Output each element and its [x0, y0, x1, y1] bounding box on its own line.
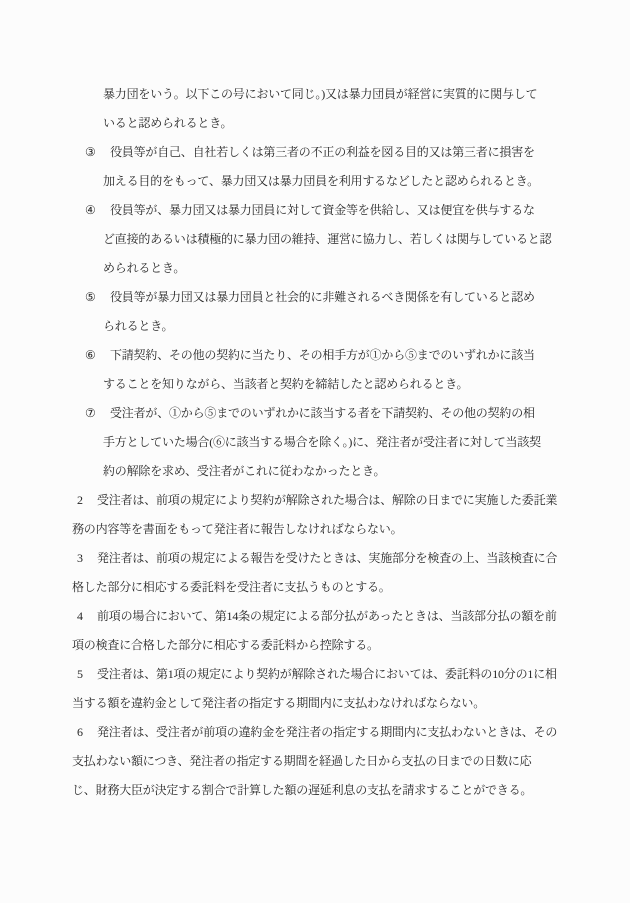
- line-text: られるとき。: [103, 319, 173, 333]
- line-text: 役員等が暴力団又は暴力団員と社会的に非難されるべき関係を有していると認め: [110, 290, 535, 304]
- text-line: ど直接的あるいは積極的に暴力団の維持、運営に協力し、若しくは関与していると認: [0, 225, 630, 254]
- line-text: 役員等が、暴力団又は暴力団員に対して資金等を供給し、又は便宜を供与するな: [110, 203, 535, 217]
- line-text: 約の解除を求め、受注者がこれに従わなかったとき。: [103, 464, 385, 478]
- line-text: 当する額を違約金として発注者の指定する期間内に支払わなければならない。: [72, 696, 485, 710]
- line-text: いると認められるとき。: [103, 116, 232, 130]
- line-text: 加える目的をもって、暴力団又は暴力団員を利用するなどしたと認められるとき。: [103, 174, 539, 188]
- text-line: 加える目的をもって、暴力団又は暴力団員を利用するなどしたと認められるとき。: [0, 167, 630, 196]
- text-line: ⑦受注者が、①から⑤までのいずれかに該当する者を下請契約、その他の契約の相: [0, 399, 630, 428]
- circled-item-number: ⑦: [85, 399, 110, 428]
- line-text: 下請契約、その他の契約に当たり、その相手方が①から⑤までのいずれかに該当: [110, 348, 535, 362]
- document-text-block: 暴力団をいう。以下この号において同じ。)又は暴力団員が経営に実質的に関与している…: [0, 80, 630, 805]
- line-text: 暴力団をいう。以下この号において同じ。)又は暴力団員が経営に実質的に関与して: [103, 87, 537, 101]
- line-text: 発注者は、受注者が前項の違約金を発注者の指定する期間内に支払わないときは、その: [97, 725, 557, 739]
- text-line: 手方としていた場合(⑥に該当する場合を除く。)に、発注者が受注者に対して当該契: [0, 428, 630, 457]
- text-line: することを知りながら、当該者と契約を締結したと認められるとき。: [0, 370, 630, 399]
- circled-item-number: ⑤: [85, 283, 110, 312]
- paragraph-number: 6: [72, 718, 97, 747]
- line-text: 務の内容等を書面をもって発注者に報告しなければならない。: [72, 522, 402, 536]
- paragraph-number: 5: [72, 660, 97, 689]
- line-text: ど直接的あるいは積極的に暴力団の維持、運営に協力し、若しくは関与していると認: [103, 232, 551, 246]
- paragraph-number: 4: [72, 602, 97, 631]
- text-line: 5受注者は、第1項の規定により契約が解除された場合においては、委託料の10分の1…: [0, 660, 630, 689]
- line-text: することを知りながら、当該者と契約を締結したと認められるとき。: [103, 377, 468, 391]
- line-text: 発注者は、前項の規定による報告を受けたときは、実施部分を検査の上、当該検査に合: [97, 551, 557, 565]
- text-line: 当する額を違約金として発注者の指定する期間内に支払わなければならない。: [0, 689, 630, 718]
- line-text: 受注者は、前項の規定により契約が解除された場合は、解除の日までに実施した委託業: [97, 493, 557, 507]
- text-line: 約の解除を求め、受注者がこれに従わなかったとき。: [0, 457, 630, 486]
- text-line: 暴力団をいう。以下この号において同じ。)又は暴力団員が経営に実質的に関与して: [0, 80, 630, 109]
- text-line: られるとき。: [0, 312, 630, 341]
- text-line: 2受注者は、前項の規定により契約が解除された場合は、解除の日までに実施した委託業: [0, 486, 630, 515]
- text-line: ④役員等が、暴力団又は暴力団員に対して資金等を供給し、又は便宜を供与するな: [0, 196, 630, 225]
- line-text: められるとき。: [103, 261, 185, 275]
- line-text: 項の検査に合格した部分に相応する委託料から控除する。: [72, 638, 379, 652]
- paragraph-number: 3: [72, 544, 97, 573]
- text-line: いると認められるとき。: [0, 109, 630, 138]
- text-line: 4前項の場合において、第14条の規定による部分払があったときは、当該部分払の額を…: [0, 602, 630, 631]
- text-line: 支払わない額につき、発注者の指定する期間を経過した日から支払の日までの日数に応: [0, 747, 630, 776]
- paragraph-number: 2: [72, 486, 97, 515]
- text-line: 3発注者は、前項の規定による報告を受けたときは、実施部分を検査の上、当該検査に合: [0, 544, 630, 573]
- line-text: 受注者は、第1項の規定により契約が解除された場合においては、委託料の10分の1に…: [97, 667, 557, 681]
- text-line: ⑥下請契約、その他の契約に当たり、その相手方が①から⑤までのいずれかに該当: [0, 341, 630, 370]
- text-line: められるとき。: [0, 254, 630, 283]
- line-text: 格した部分に相応する委託料を受注者に支払うものとする。: [72, 580, 391, 594]
- text-line: 項の検査に合格した部分に相応する委託料から控除する。: [0, 631, 630, 660]
- line-text: 前項の場合において、第14条の規定による部分払があったときは、当該部分払の額を前: [97, 609, 557, 623]
- line-text: じ、財務大臣が決定する割合で計算した額の遅延利息の支払を請求することができる。: [72, 783, 532, 797]
- text-line: 務の内容等を書面をもって発注者に報告しなければならない。: [0, 515, 630, 544]
- text-line: 6発注者は、受注者が前項の違約金を発注者の指定する期間内に支払わないときは、その: [0, 718, 630, 747]
- line-text: 手方としていた場合(⑥に該当する場合を除く。)に、発注者が受注者に対して当該契: [103, 435, 541, 449]
- text-line: 格した部分に相応する委託料を受注者に支払うものとする。: [0, 573, 630, 602]
- line-text: 受注者が、①から⑤までのいずれかに該当する者を下請契約、その他の契約の相: [110, 406, 535, 420]
- text-line: じ、財務大臣が決定する割合で計算した額の遅延利息の支払を請求することができる。: [0, 776, 630, 805]
- circled-item-number: ④: [85, 196, 110, 225]
- circled-item-number: ③: [85, 138, 110, 167]
- line-text: 役員等が自己、自社若しくは第三者の不正の利益を図る目的又は第三者に損害を: [110, 145, 535, 159]
- document-page: 暴力団をいう。以下この号において同じ。)又は暴力団員が経営に実質的に関与している…: [0, 0, 630, 903]
- line-text: 支払わない額につき、発注者の指定する期間を経過した日から支払の日までの日数に応: [72, 754, 531, 768]
- circled-item-number: ⑥: [85, 341, 110, 370]
- text-line: ⑤役員等が暴力団又は暴力団員と社会的に非難されるべき関係を有していると認め: [0, 283, 630, 312]
- text-line: ③役員等が自己、自社若しくは第三者の不正の利益を図る目的又は第三者に損害を: [0, 138, 630, 167]
